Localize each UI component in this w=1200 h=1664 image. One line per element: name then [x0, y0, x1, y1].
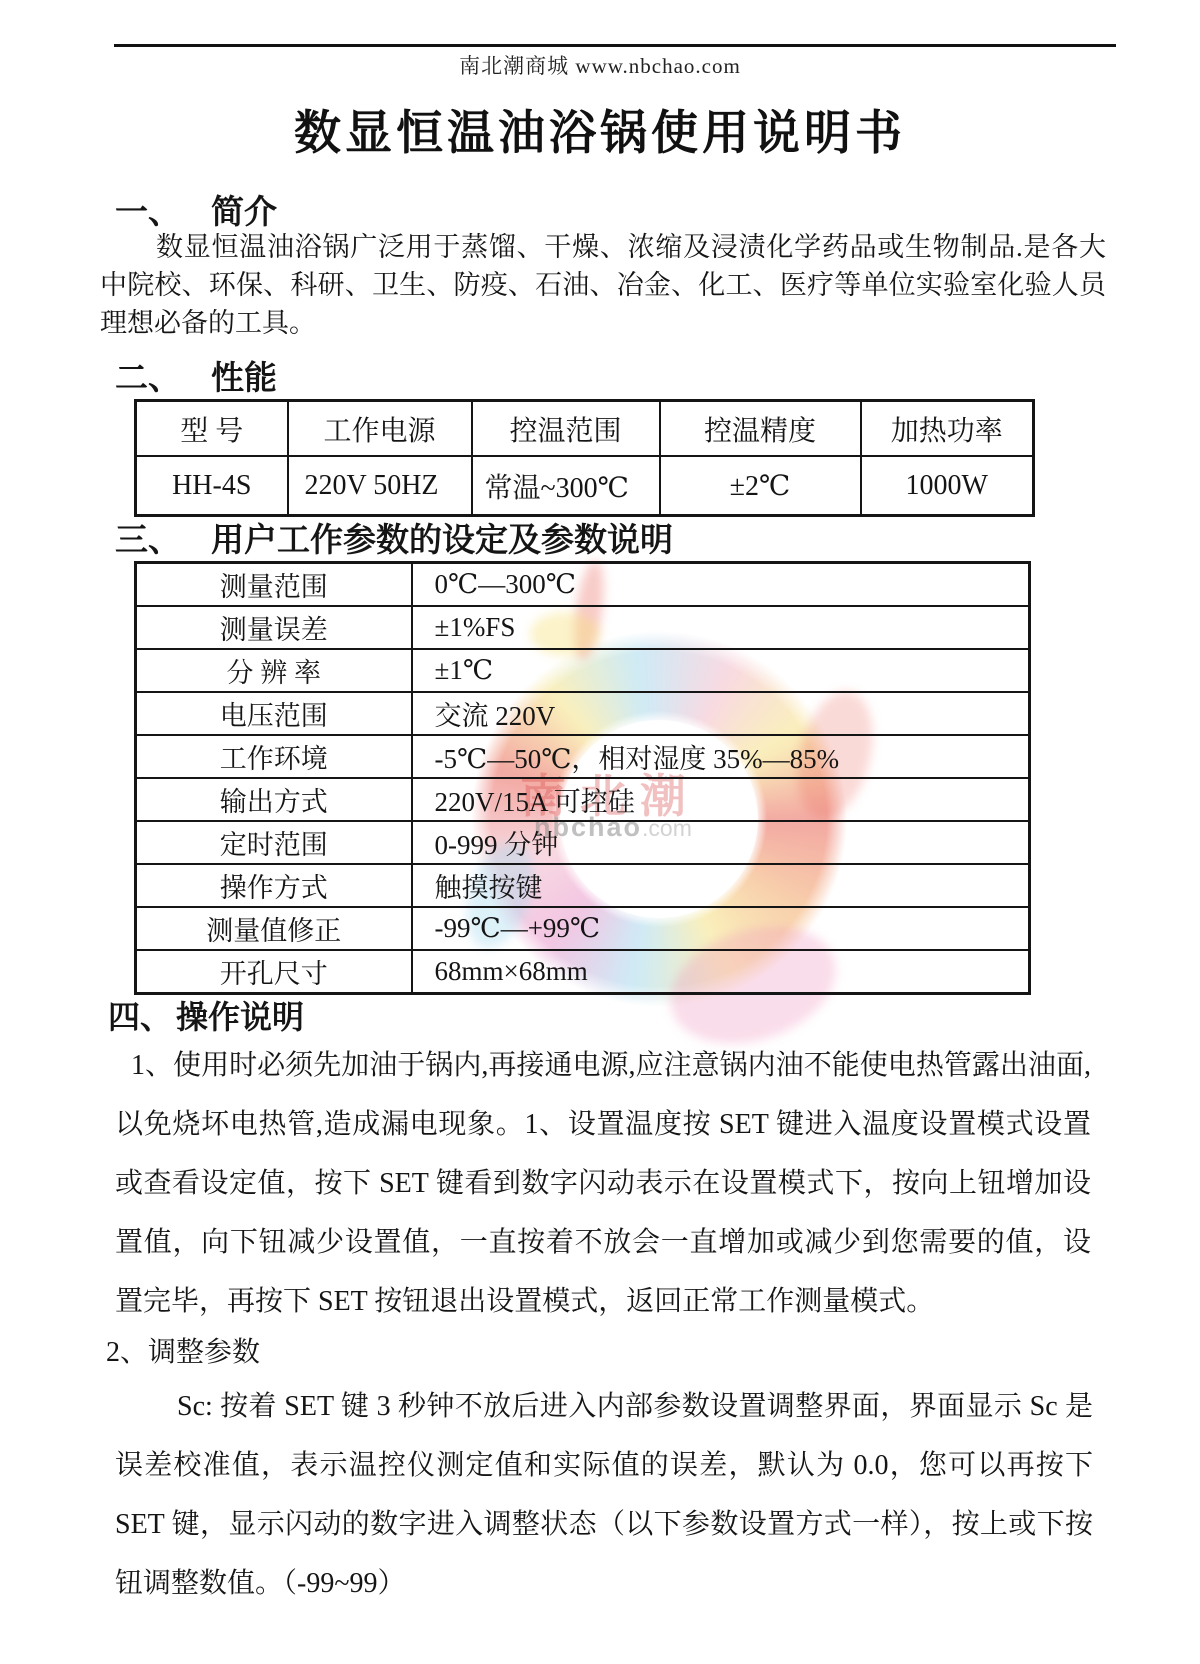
param-value: 0℃—300℃ [412, 563, 1030, 607]
table-header-cell: 控温范围 [472, 401, 660, 457]
section-number: 四、 [108, 999, 172, 1035]
table-header-row: 型 号 工作电源 控温范围 控温精度 加热功率 [136, 401, 1034, 457]
table-header-cell: 控温精度 [660, 401, 861, 457]
sc-paragraph: Sc: 按着 SET 键 3 秒钟不放后进入内部参数设置调整界面，界面显示 Sc… [115, 1377, 1093, 1613]
section-label: 性能 [211, 359, 277, 396]
table-row: 开孔尺寸68mm×68mm [136, 950, 1030, 994]
param-label: 定时范围 [136, 821, 412, 864]
performance-table: 型 号 工作电源 控温范围 控温精度 加热功率 HH-4S 220V 50HZ … [134, 399, 1035, 517]
param-value: 触摸按键 [412, 864, 1030, 907]
param-value: 68mm×68mm [412, 950, 1030, 994]
section-number: 一、 [115, 193, 181, 230]
section-number: 二、 [115, 359, 181, 396]
param-value: ±1℃ [412, 649, 1030, 692]
table-row: 电压范围交流 220V [136, 692, 1030, 735]
table-cell: ±2℃ [660, 456, 861, 516]
param-value: 交流 220V [412, 692, 1030, 735]
section-heading-params: 三、用户工作参数的设定及参数说明 [115, 514, 673, 561]
param-label: 工作环境 [136, 735, 412, 778]
site-header: 南北潮商城 www.nbchao.com [0, 50, 1200, 80]
table-row: HH-4S 220V 50HZ 常温~300℃ ±2℃ 1000W [136, 456, 1034, 516]
table-header-cell: 工作电源 [288, 401, 472, 457]
param-value: ±1%FS [412, 606, 1030, 649]
param-value: -5℃—50℃，相对湿度 35%—85% [412, 735, 1030, 778]
table-row: 输出方式220V/15A 可控硅 [136, 778, 1030, 821]
manual-page: 南北潮 nbchao.com 南北潮商城 www.nbchao.com 数显恒温… [0, 0, 1200, 1664]
section-label: 用户工作参数的设定及参数说明 [211, 521, 673, 558]
header-rule [114, 44, 1116, 47]
section-label: 简介 [211, 193, 277, 230]
section-label: 操作说明 [176, 999, 304, 1035]
table-row: 测量值修正-99℃—+99℃ [136, 907, 1030, 950]
adjust-params-label: 2、调整参数 [106, 1330, 1082, 1370]
section-heading-operation: 四、操作说明 [108, 992, 304, 1038]
param-label: 开孔尺寸 [136, 950, 412, 994]
table-cell: 常温~300℃ [472, 456, 660, 516]
param-label: 电压范围 [136, 692, 412, 735]
table-cell: 220V 50HZ [288, 456, 472, 516]
param-value: -99℃—+99℃ [412, 907, 1030, 950]
table-row: 定时范围0-999 分钟 [136, 821, 1030, 864]
section-heading-performance: 二、性能 [115, 352, 277, 399]
intro-paragraph: 数显恒温油浴锅广泛用于蒸馏、干燥、浓缩及浸渍化学药品或生物制品.是各大中院校、环… [100, 228, 1106, 342]
document-title: 数显恒温油浴锅使用说明书 [0, 96, 1200, 163]
param-value: 220V/15A 可控硅 [412, 778, 1030, 821]
section-heading-intro: 一、简介 [115, 186, 277, 233]
param-label: 测量范围 [136, 563, 412, 607]
table-row: 分 辨 率±1℃ [136, 649, 1030, 692]
operation-paragraph: 1、使用时必须先加油于锅内,再接通电源,应注意锅内油不能使电热管露出油面,以免烧… [115, 1036, 1091, 1331]
table-cell: 1000W [861, 456, 1034, 516]
param-label: 分 辨 率 [136, 649, 412, 692]
table-row: 工作环境-5℃—50℃，相对湿度 35%—85% [136, 735, 1030, 778]
table-header-cell: 加热功率 [861, 401, 1034, 457]
table-row: 测量范围0℃—300℃ [136, 563, 1030, 607]
section-number: 三、 [115, 521, 181, 558]
param-label: 测量误差 [136, 606, 412, 649]
table-header-cell: 型 号 [136, 401, 288, 457]
table-row: 操作方式触摸按键 [136, 864, 1030, 907]
table-cell: HH-4S [136, 456, 288, 516]
param-label: 操作方式 [136, 864, 412, 907]
table-row: 测量误差±1%FS [136, 606, 1030, 649]
param-value: 0-999 分钟 [412, 821, 1030, 864]
parameters-table: 测量范围0℃—300℃ 测量误差±1%FS 分 辨 率±1℃ 电压范围交流 22… [134, 561, 1031, 995]
param-label: 输出方式 [136, 778, 412, 821]
param-label: 测量值修正 [136, 907, 412, 950]
